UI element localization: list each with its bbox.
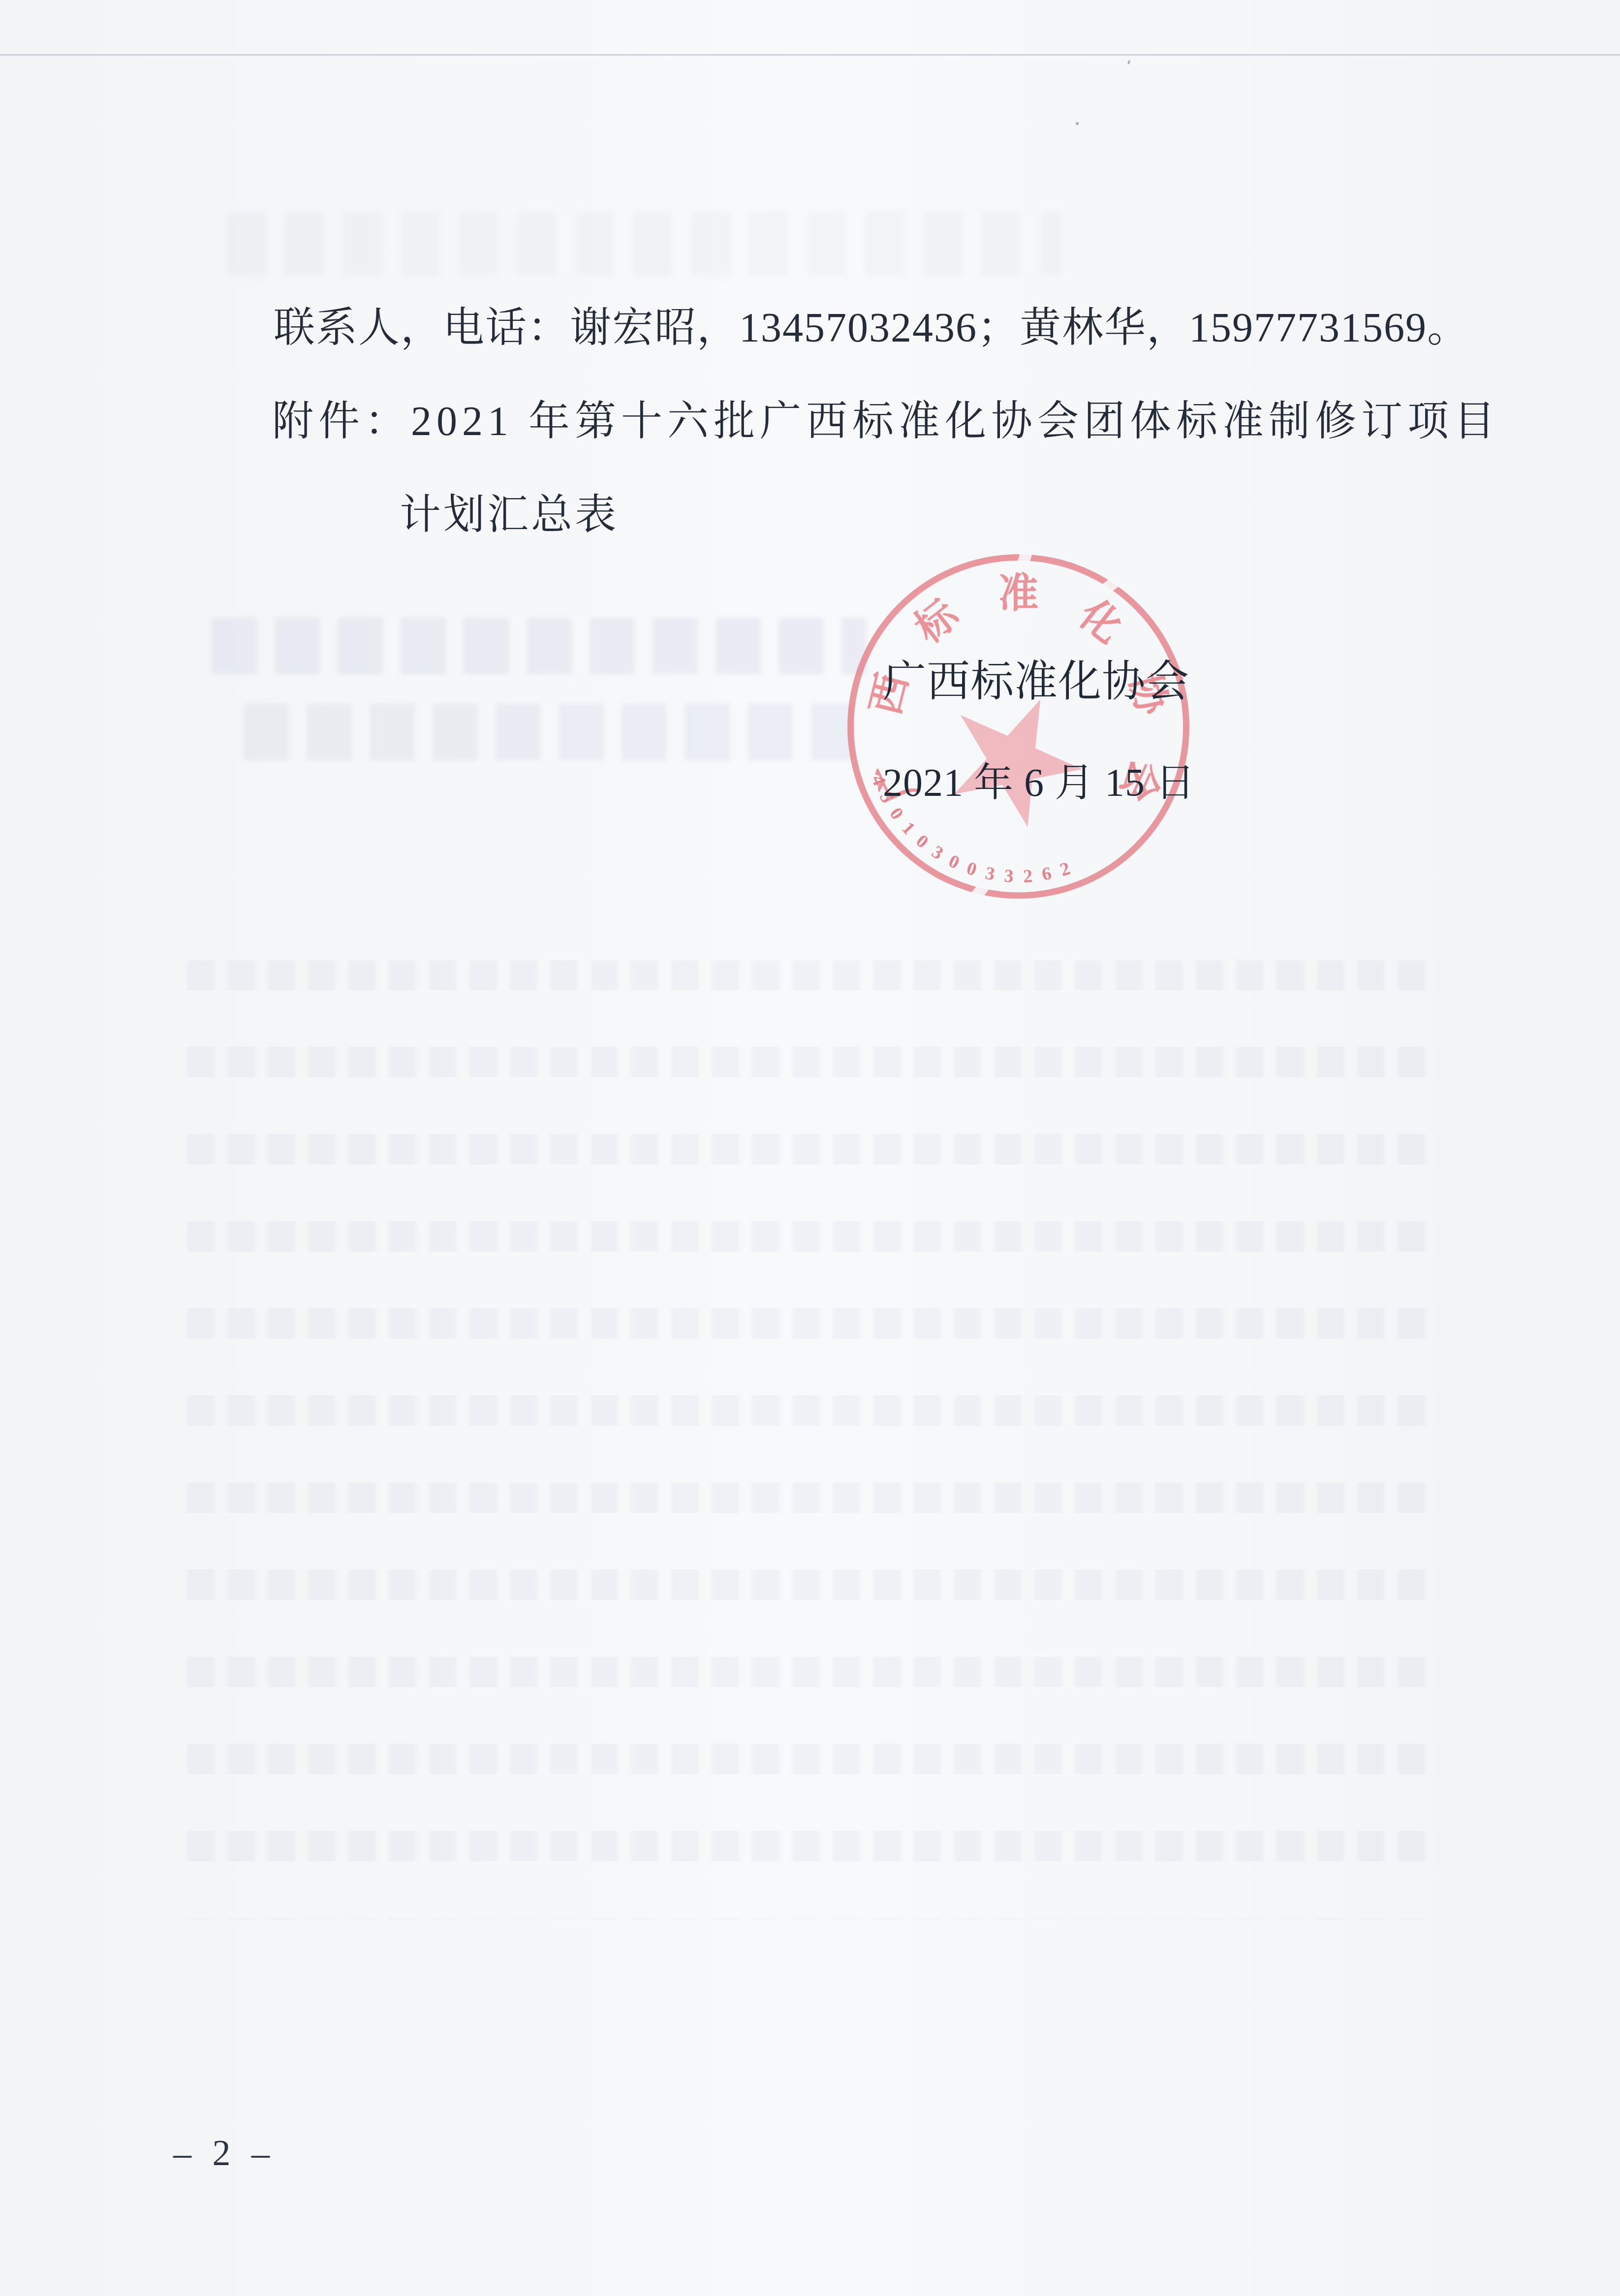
page-number: – 2 –	[173, 2134, 276, 2173]
bleedthrough-title-ghost	[244, 704, 854, 760]
scanned-document-page: 联系人，电话：谢宏昭，13457032436；黄林华，15977731569。 …	[0, 0, 1620, 2296]
seal-serial-digit: 3	[1003, 865, 1014, 887]
contact-line: 联系人，电话：谢宏昭，13457032436；黄林华，15977731569。	[274, 306, 1469, 351]
bleedthrough-title-ghost	[212, 618, 866, 674]
bleedthrough-body-ghost	[187, 960, 1439, 1919]
attachment-line: 附件：2021 年第十六批广西标准化协会团体标准制修订项目	[272, 400, 1500, 444]
seal-ring-char: 准	[998, 561, 1038, 619]
signature-organization: 广西标准化协会	[883, 659, 1189, 705]
scan-speck	[1076, 122, 1079, 125]
signature-date: 2021 年 6 月 15 日	[883, 762, 1195, 804]
bleedthrough-text-ghost	[226, 212, 1063, 276]
official-seal-stamp: 广西标准化协会 4501030033262	[847, 554, 1189, 899]
attachment-line-continued: 计划汇总表	[400, 493, 619, 538]
scan-speck	[1127, 60, 1131, 65]
scanner-artifact-line	[0, 54, 1620, 56]
seal-serial-digit: 2	[1022, 865, 1033, 887]
